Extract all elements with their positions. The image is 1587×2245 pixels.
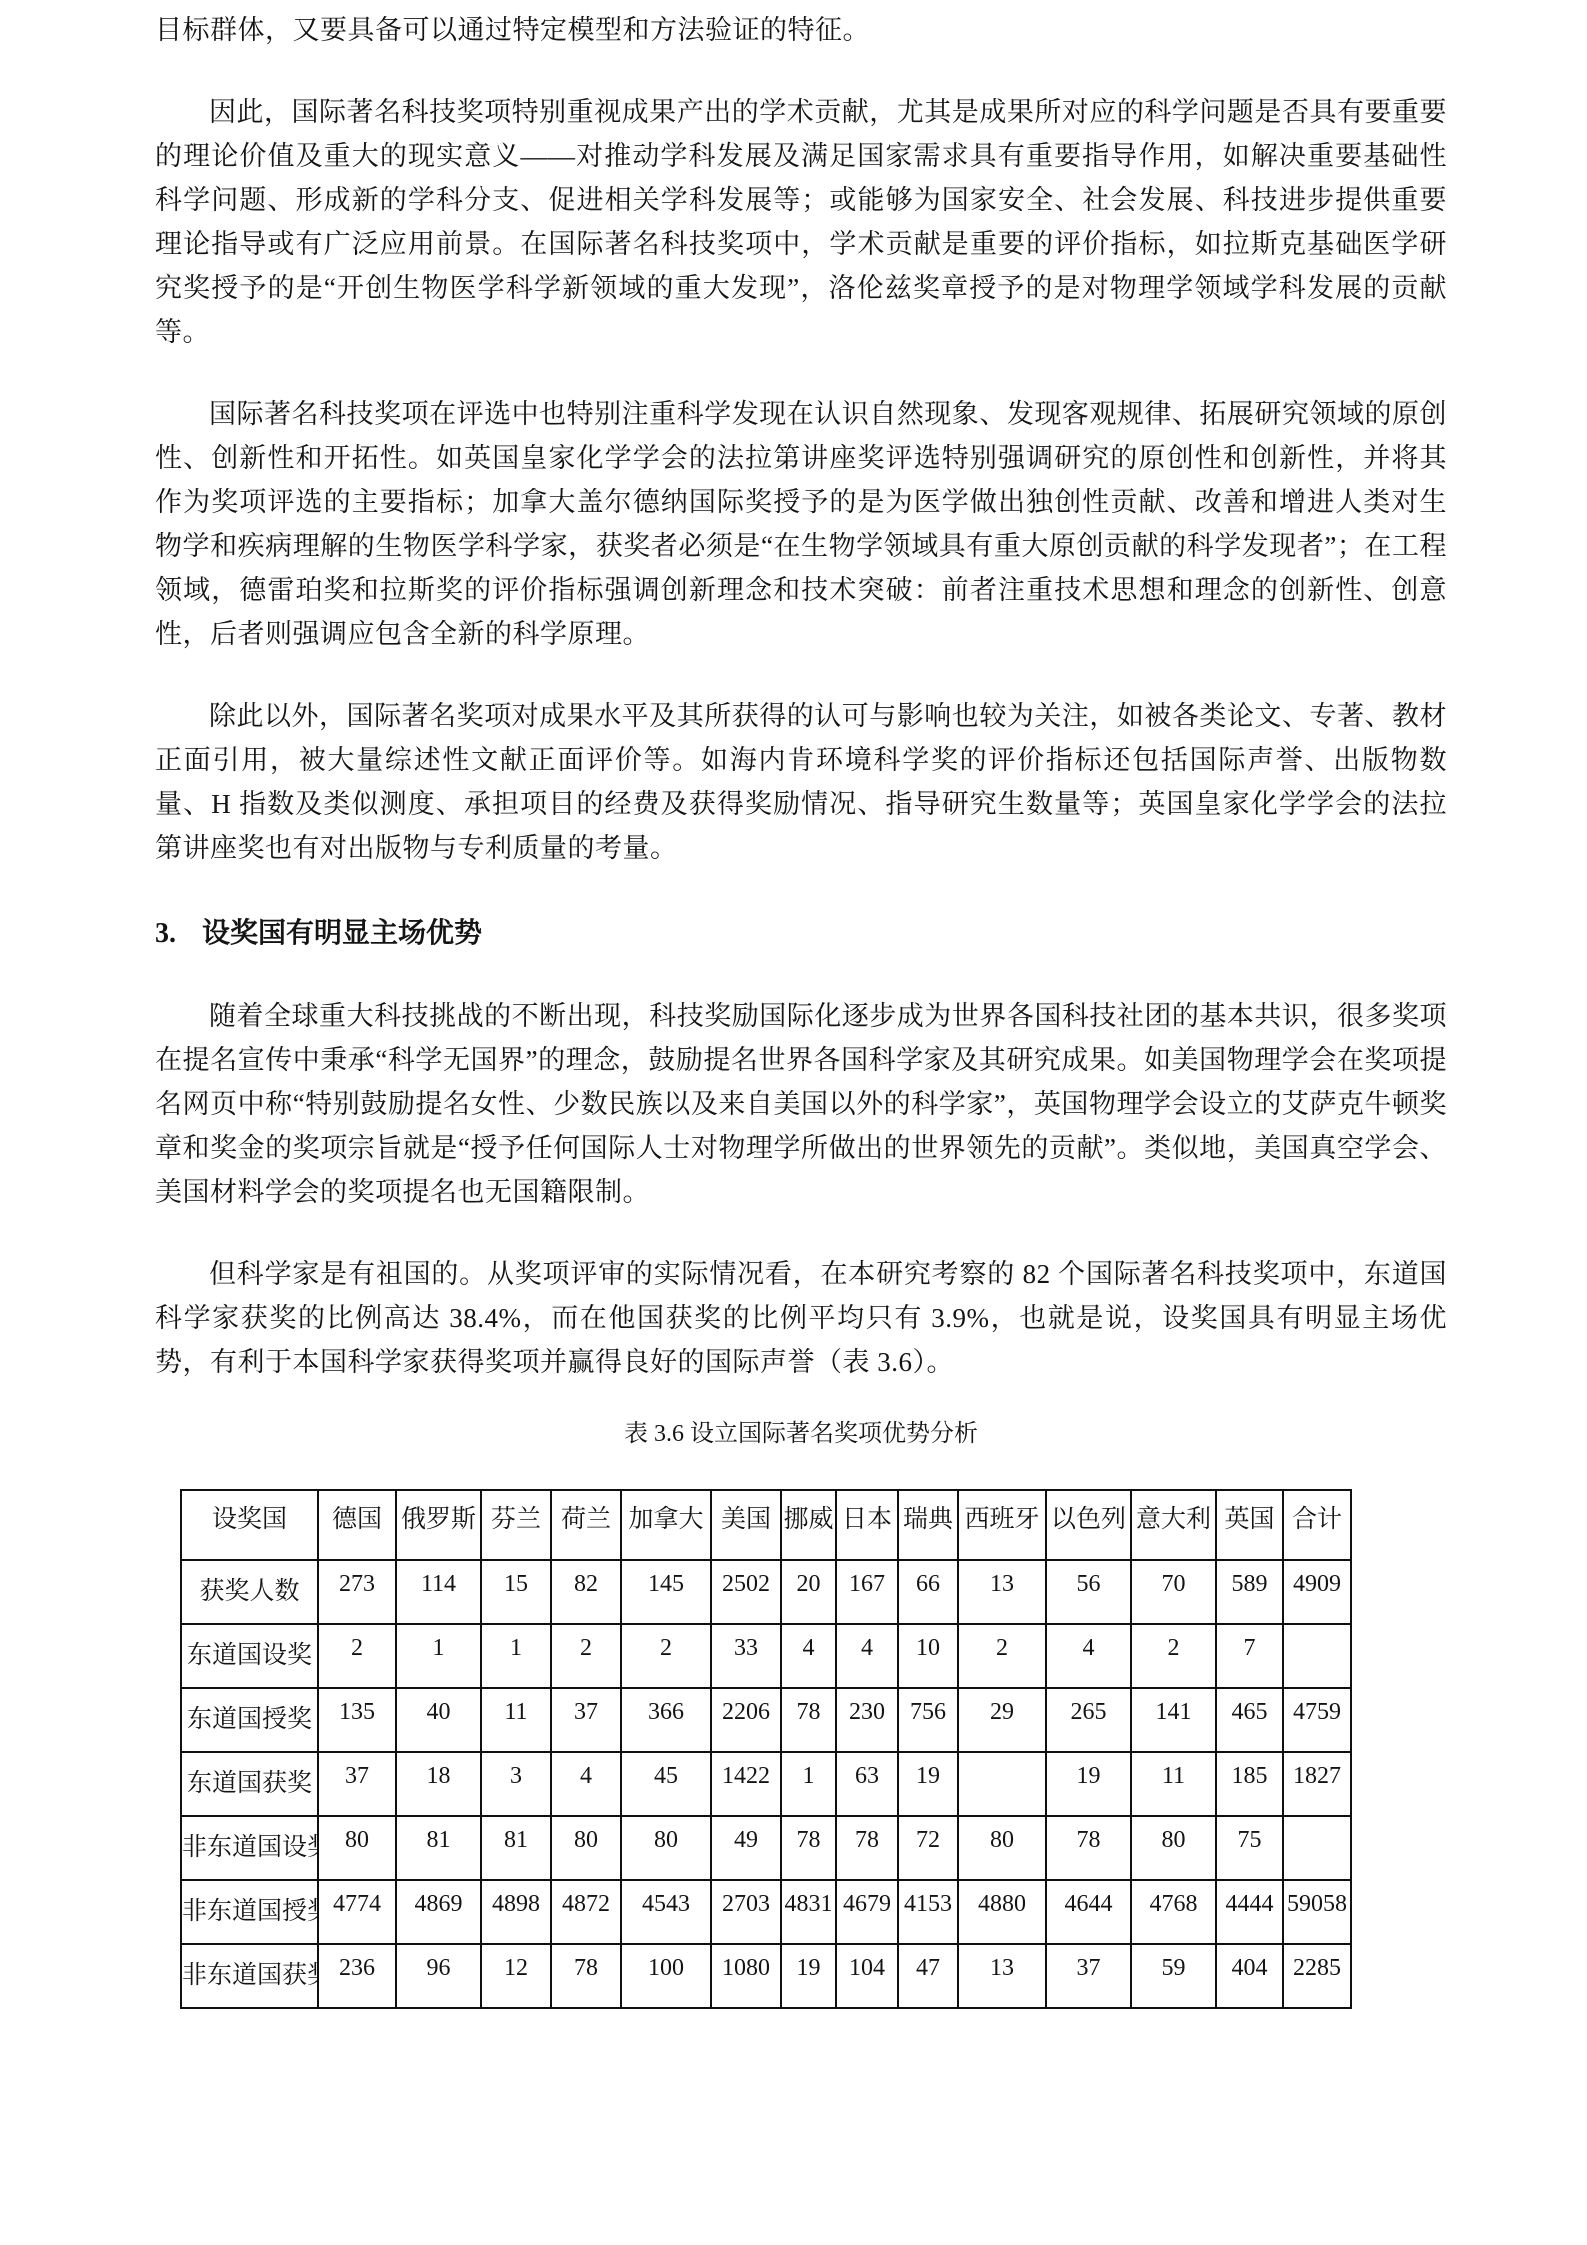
table-cell: 167	[836, 1560, 898, 1624]
table-row-label: 东道国授奖	[181, 1688, 318, 1752]
table-caption: 表 3.6 设立国际著名奖项优势分析	[155, 1412, 1447, 1456]
table-header-cell: 德国	[318, 1490, 396, 1560]
table-cell: 40	[396, 1688, 481, 1752]
table-header-cell: 西班牙	[958, 1490, 1046, 1560]
table-cell: 78	[836, 1816, 898, 1880]
table-cell: 37	[1046, 1944, 1131, 2008]
table-cell: 72	[898, 1816, 958, 1880]
table-row-label: 非东道国授奖	[181, 1880, 318, 1944]
table-cell: 70	[1131, 1560, 1216, 1624]
table-cell: 273	[318, 1560, 396, 1624]
table-cell: 80	[958, 1816, 1046, 1880]
paragraph: 除此以外，国际著名奖项对成果水平及其所获得的认可与影响也较为关注，如被各类论文、…	[155, 694, 1447, 870]
table-row: 东道国授奖 135 40 11 37 366 2206 78 230 756 2…	[181, 1688, 1351, 1752]
table-header-cell: 挪威	[781, 1490, 836, 1560]
table-cell: 135	[318, 1688, 396, 1752]
table-total-cell	[1283, 1816, 1351, 1880]
table-cell: 78	[781, 1816, 836, 1880]
table-cell: 4831	[781, 1880, 836, 1944]
table-cell	[958, 1752, 1046, 1816]
table-total-cell: 1827	[1283, 1752, 1351, 1816]
table-cell: 11	[481, 1688, 551, 1752]
table-cell: 1080	[711, 1944, 781, 2008]
table-cell: 4872	[551, 1880, 621, 1944]
table-cell: 1	[396, 1624, 481, 1688]
table-cell: 45	[621, 1752, 711, 1816]
table-cell: 2	[551, 1624, 621, 1688]
table-cell: 4880	[958, 1880, 1046, 1944]
table-cell: 4768	[1131, 1880, 1216, 1944]
table-row-label: 获奖人数	[181, 1560, 318, 1624]
table-cell: 56	[1046, 1560, 1131, 1624]
table-cell: 589	[1216, 1560, 1283, 1624]
table-cell: 80	[551, 1816, 621, 1880]
table-cell: 4	[836, 1624, 898, 1688]
table-cell: 19	[1046, 1752, 1131, 1816]
table-total-cell: 4909	[1283, 1560, 1351, 1624]
table-cell: 15	[481, 1560, 551, 1624]
table-cell: 20	[781, 1560, 836, 1624]
table-cell: 756	[898, 1688, 958, 1752]
table-cell: 78	[1046, 1816, 1131, 1880]
table-cell: 29	[958, 1688, 1046, 1752]
table-cell: 75	[1216, 1816, 1283, 1880]
table-row-label: 东道国获奖	[181, 1752, 318, 1816]
table-cell: 81	[396, 1816, 481, 1880]
table-cell: 1422	[711, 1752, 781, 1816]
table-cell: 19	[898, 1752, 958, 1816]
paragraph: 目标群体，又要具备可以通过特定模型和方法验证的特征。	[155, 8, 1447, 52]
table-cell: 82	[551, 1560, 621, 1624]
table-cell: 80	[1131, 1816, 1216, 1880]
table-cell: 2206	[711, 1688, 781, 1752]
table-row: 非东道国授奖 4774 4869 4898 4872 4543 2703 483…	[181, 1880, 1351, 1944]
table-cell: 66	[898, 1560, 958, 1624]
table-cell: 59	[1131, 1944, 1216, 2008]
table-cell: 1	[781, 1752, 836, 1816]
table-cell: 78	[781, 1688, 836, 1752]
table-row-label: 东道国设奖	[181, 1624, 318, 1688]
table-cell: 2502	[711, 1560, 781, 1624]
table-cell: 19	[781, 1944, 836, 2008]
table-cell: 236	[318, 1944, 396, 2008]
table-header-cell: 加拿大	[621, 1490, 711, 1560]
table-cell: 4444	[1216, 1880, 1283, 1944]
table-row-label: 非东道国设奖	[181, 1816, 318, 1880]
table-row: 东道国设奖 2 1 1 2 2 33 4 4 10 2 4 2 7	[181, 1624, 1351, 1688]
table-cell: 2	[621, 1624, 711, 1688]
table-cell: 230	[836, 1688, 898, 1752]
table-header-cell: 设奖国	[181, 1490, 318, 1560]
table-cell: 114	[396, 1560, 481, 1624]
table-total-cell: 59058	[1283, 1880, 1351, 1944]
section-number: 3.	[155, 912, 176, 956]
table-cell: 47	[898, 1944, 958, 2008]
table-header-cell: 美国	[711, 1490, 781, 1560]
table-cell: 12	[481, 1944, 551, 2008]
table-row: 非东道国设奖 80 81 81 80 80 49 78 78 72 80 78 …	[181, 1816, 1351, 1880]
table-cell: 13	[958, 1944, 1046, 2008]
table-cell: 1	[481, 1624, 551, 1688]
table-cell: 81	[481, 1816, 551, 1880]
table-total-cell: 2285	[1283, 1944, 1351, 2008]
document-page: 目标群体，又要具备可以通过特定模型和方法验证的特征。 因此，国际著名科技奖项特别…	[0, 0, 1587, 2009]
table-cell: 4679	[836, 1880, 898, 1944]
table-cell: 18	[396, 1752, 481, 1816]
table-cell: 145	[621, 1560, 711, 1624]
table-cell: 37	[551, 1688, 621, 1752]
paragraph: 但科学家是有祖国的。从奖项评审的实际情况看，在本研究考察的 82 个国际著名科技…	[155, 1252, 1447, 1384]
table-row: 非东道国获奖 236 96 12 78 100 1080 19 104 47 1…	[181, 1944, 1351, 2008]
table-cell: 366	[621, 1688, 711, 1752]
paragraph: 随着全球重大科技挑战的不断出现，科技奖励国际化逐步成为世界各国科技社团的基本共识…	[155, 994, 1447, 1214]
table-cell: 2703	[711, 1880, 781, 1944]
table-header-cell: 英国	[1216, 1490, 1283, 1560]
table-header-cell: 日本	[836, 1490, 898, 1560]
table-total-cell	[1283, 1624, 1351, 1688]
table-cell: 33	[711, 1624, 781, 1688]
table-cell: 80	[318, 1816, 396, 1880]
table-header-row: 设奖国 德国 俄罗斯 芬兰 荷兰 加拿大 美国 挪威 日本 瑞典 西班牙 以色列…	[181, 1490, 1351, 1560]
table-cell: 2	[1131, 1624, 1216, 1688]
table-cell: 80	[621, 1816, 711, 1880]
table-row: 获奖人数 273 114 15 82 145 2502 20 167 66 13…	[181, 1560, 1351, 1624]
table-cell: 4869	[396, 1880, 481, 1944]
table-header-cell: 以色列	[1046, 1490, 1131, 1560]
table-cell: 3	[481, 1752, 551, 1816]
paragraph: 因此，国际著名科技奖项特别重视成果产出的学术贡献，尤其是成果所对应的科学问题是否…	[155, 90, 1447, 354]
table-cell: 96	[396, 1944, 481, 2008]
table-header-cell: 荷兰	[551, 1490, 621, 1560]
table-header-cell: 俄罗斯	[396, 1490, 481, 1560]
table-cell: 4774	[318, 1880, 396, 1944]
table-cell: 4	[1046, 1624, 1131, 1688]
paragraph: 国际著名科技奖项在评选中也特别注重科学发现在认识自然现象、发现客观规律、拓展研究…	[155, 392, 1447, 656]
table-cell: 404	[1216, 1944, 1283, 2008]
table-cell: 49	[711, 1816, 781, 1880]
table-cell: 4153	[898, 1880, 958, 1944]
table-row: 东道国获奖 37 18 3 4 45 1422 1 63 19 19 11 18…	[181, 1752, 1351, 1816]
table-cell: 104	[836, 1944, 898, 2008]
table-cell: 37	[318, 1752, 396, 1816]
table-cell: 141	[1131, 1688, 1216, 1752]
table-cell: 78	[551, 1944, 621, 2008]
section-title: 设奖国有明显主场优势	[202, 918, 482, 949]
table-header-cell: 意大利	[1131, 1490, 1216, 1560]
table-cell: 7	[1216, 1624, 1283, 1688]
table-cell: 11	[1131, 1752, 1216, 1816]
table-cell: 4	[781, 1624, 836, 1688]
table-total-cell: 4759	[1283, 1688, 1351, 1752]
table-cell: 100	[621, 1944, 711, 2008]
analysis-table: 设奖国 德国 俄罗斯 芬兰 荷兰 加拿大 美国 挪威 日本 瑞典 西班牙 以色列…	[180, 1489, 1352, 2009]
table-cell: 4	[551, 1752, 621, 1816]
table-cell: 2	[318, 1624, 396, 1688]
table-header-cell: 合计	[1283, 1490, 1351, 1560]
table-cell: 4543	[621, 1880, 711, 1944]
table-cell: 13	[958, 1560, 1046, 1624]
table-row-label: 非东道国获奖	[181, 1944, 318, 2008]
table-cell: 4644	[1046, 1880, 1131, 1944]
table-cell: 4898	[481, 1880, 551, 1944]
table-cell: 185	[1216, 1752, 1283, 1816]
table-cell: 2	[958, 1624, 1046, 1688]
table-cell: 63	[836, 1752, 898, 1816]
table-header-cell: 瑞典	[898, 1490, 958, 1560]
table-cell: 10	[898, 1624, 958, 1688]
table-cell: 465	[1216, 1688, 1283, 1752]
section-heading: 3.设奖国有明显主场优势	[155, 912, 1447, 956]
table-cell: 265	[1046, 1688, 1131, 1752]
table-header-cell: 芬兰	[481, 1490, 551, 1560]
